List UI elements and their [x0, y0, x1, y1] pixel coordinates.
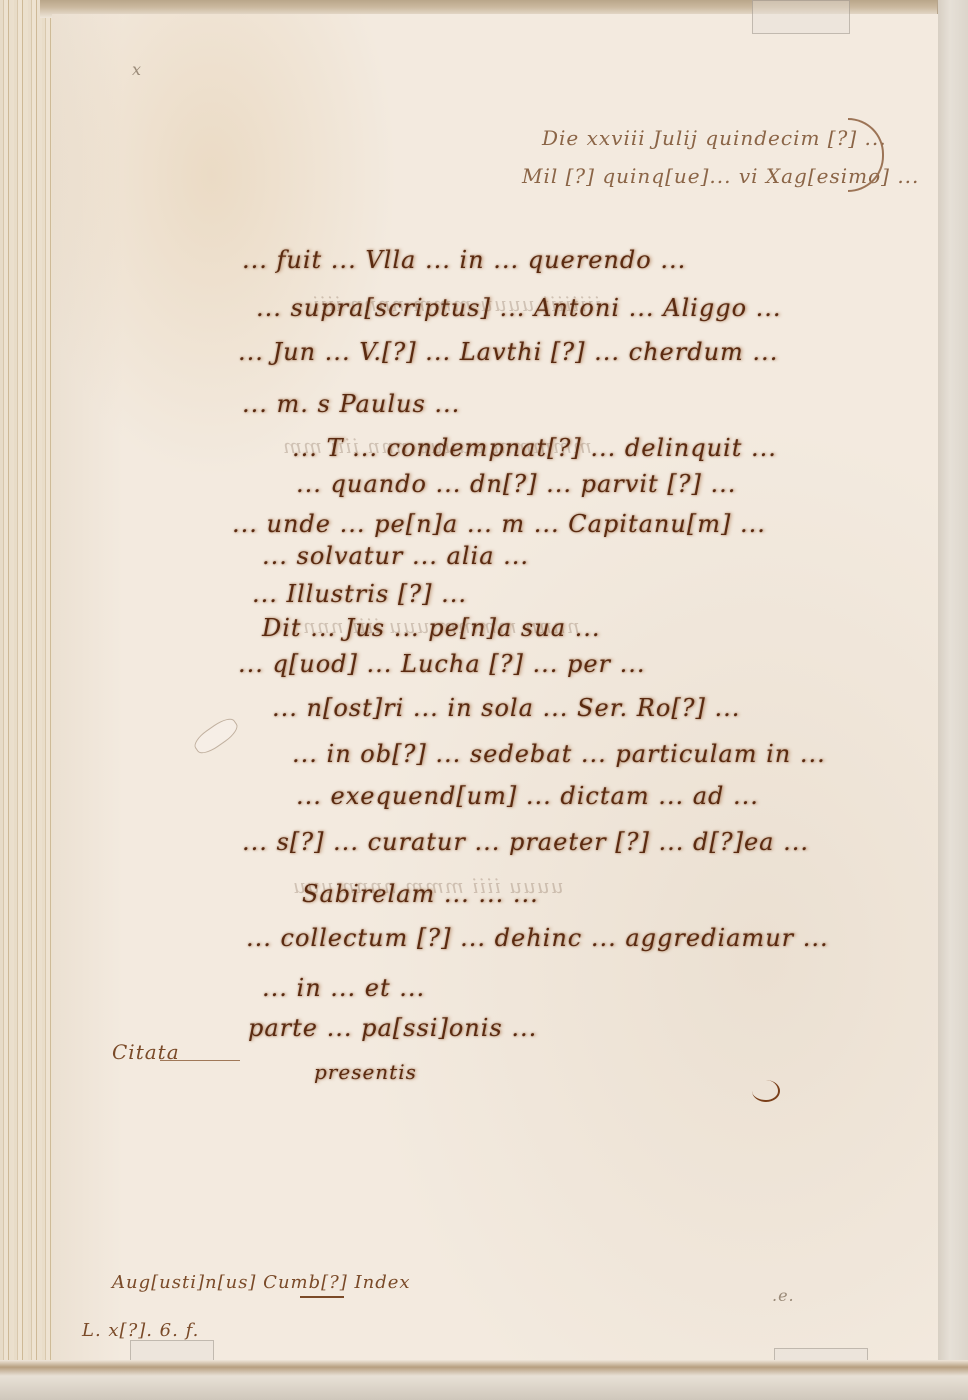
body-line: ... q[uod] ... Lucha [?] ... per ...: [238, 650, 646, 678]
heading-note-line-1: Die xxviii Julij quindecim [?] ...: [542, 126, 887, 150]
right-binding-edge: [937, 0, 968, 1400]
signature-underline: [300, 1296, 344, 1298]
pencil-mark: x: [132, 60, 142, 79]
bottom-page-edge: [0, 1360, 968, 1400]
footer-right-mark: .e.: [772, 1286, 795, 1305]
body-line: ... in ob[?] ... sedebat ... particulam …: [292, 740, 826, 768]
body-line: ... quando ... dn[?] ... parvit [?] ...: [296, 470, 736, 498]
tape-strip-top: [752, 0, 850, 34]
body-line: ... in ... et ...: [262, 974, 425, 1002]
body-line: ... supra[scriptus] ... Antoni ... Aligg…: [256, 294, 782, 322]
body-line: ... solvatur ... alia ...: [262, 542, 529, 570]
manuscript-leaf: x Die xxviii Julij quindecim [?] ... Mil…: [52, 14, 938, 1360]
footer-reference-mark: L. x[?]. 6. f.: [82, 1320, 199, 1341]
body-line: ... s[?] ... curatur ... praeter [?] ...…: [242, 828, 809, 856]
body-line: ... m. s Paulus ...: [242, 390, 460, 418]
body-line: ... collectum [?] ... dehinc ... aggredi…: [246, 924, 829, 952]
page-stack-edges: [0, 0, 58, 1400]
body-line: ... unde ... pe[n]a ... m ... Capitanu[m…: [232, 510, 766, 538]
body-line: ... Jun ... V.[?] ... Lavthi [?] ... che…: [238, 338, 778, 366]
body-line: ... exequend[um] ... dictam ... ad ...: [296, 782, 759, 810]
body-line: parte ... pa[ssi]onis ...: [248, 1014, 537, 1042]
body-line: Sabirelam ... ... ...: [302, 880, 539, 908]
body-line: ... n[ost]ri ... in sola ... Ser. Ro[?] …: [272, 694, 740, 722]
body-line: Dit ... Jus ... pe[n]a sua ...: [262, 614, 601, 642]
body-line: ... fuit ... Vlla ... in ... querendo ..…: [242, 246, 686, 274]
body-line: ... T ... condempnat[?] ... delinquit ..…: [292, 434, 777, 462]
body-line: presentis: [314, 1060, 417, 1084]
margin-note-underline: [160, 1060, 240, 1061]
ink-flourish: [752, 1080, 780, 1102]
footer-signature: Aug[usti]n[us] Cumb[?] Index: [112, 1272, 411, 1293]
paper-blemish: [191, 714, 242, 758]
body-line: ... Illustris [?] ...: [252, 580, 467, 608]
